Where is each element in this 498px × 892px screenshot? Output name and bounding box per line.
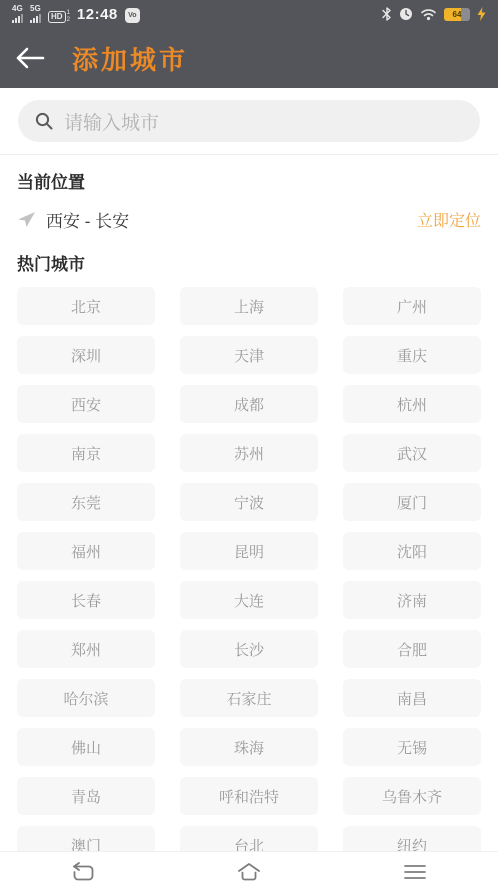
city-button[interactable]: 佛山 (17, 728, 155, 766)
network-4g-label: 4G (12, 5, 23, 13)
current-location-row[interactable]: 西安 - 长安 立即定位 (0, 202, 498, 236)
city-button[interactable]: 天津 (180, 336, 318, 374)
city-button[interactable]: 长沙 (180, 630, 318, 668)
city-button[interactable]: 大连 (180, 581, 318, 619)
header: 添加城市 (0, 28, 498, 88)
current-location-title: 当前位置 (0, 168, 498, 193)
city-button[interactable]: 珠海 (180, 728, 318, 766)
search-section: 请输入城市 (0, 88, 498, 155)
wifi-icon (420, 8, 437, 21)
signal-5g: 5G (30, 5, 41, 23)
city-button[interactable]: 无锡 (343, 728, 481, 766)
search-placeholder: 请输入城市 (64, 108, 159, 135)
city-button[interactable]: 南京 (17, 434, 155, 472)
signal-4g: 4G (12, 5, 23, 23)
signal-bars-icon (30, 14, 41, 23)
bottom-nav-bar (0, 851, 498, 892)
city-button[interactable]: 哈尔滨 (17, 679, 155, 717)
city-button[interactable]: 青岛 (17, 777, 155, 815)
clock-time: 12:48 (77, 6, 118, 23)
search-input[interactable]: 请输入城市 (18, 100, 480, 142)
battery-percent: 64 (453, 10, 462, 19)
back-arrow-icon (15, 47, 45, 69)
location-arrow-icon (17, 210, 36, 228)
page-title: 添加城市 (72, 40, 188, 77)
city-button[interactable]: 西安 (17, 385, 155, 423)
battery-icon: 64 (444, 8, 470, 21)
current-location-text: 西安 - 长安 (46, 207, 129, 232)
hot-cities-title: 热门城市 (0, 250, 498, 275)
signal-bars-icon (12, 14, 23, 23)
alarm-clock-icon (399, 7, 413, 21)
city-button[interactable]: 杭州 (343, 385, 481, 423)
network-5g-label: 5G (30, 5, 41, 13)
nav-home-icon (235, 861, 263, 883)
status-bar: 4G 5G HD 1 2 12:48 Vo (0, 0, 498, 28)
city-button[interactable]: 南昌 (343, 679, 481, 717)
city-button[interactable]: 厦门 (343, 483, 481, 521)
vowifi-icon: Vo (125, 8, 140, 23)
back-button[interactable] (0, 28, 60, 88)
city-button[interactable]: 宁波 (180, 483, 318, 521)
city-button[interactable]: 昆明 (180, 532, 318, 570)
city-button[interactable]: 成都 (180, 385, 318, 423)
hot-cities-grid: 北京上海广州深圳天津重庆西安成都杭州南京苏州武汉东莞宁波厦门福州昆明沈阳长春大连… (17, 287, 481, 864)
city-button[interactable]: 深圳 (17, 336, 155, 374)
city-button[interactable]: 石家庄 (180, 679, 318, 717)
city-button[interactable]: 合肥 (343, 630, 481, 668)
city-button[interactable]: 呼和浩特 (180, 777, 318, 815)
city-button[interactable]: 武汉 (343, 434, 481, 472)
hd-sim-bottom: 2 (67, 17, 70, 23)
city-button[interactable]: 乌鲁木齐 (343, 777, 481, 815)
locate-now-button[interactable]: 立即定位 (417, 208, 481, 231)
nav-home-button[interactable] (166, 852, 332, 892)
city-button[interactable]: 重庆 (343, 336, 481, 374)
charging-bolt-icon (477, 7, 486, 21)
city-button[interactable]: 福州 (17, 532, 155, 570)
city-button[interactable]: 上海 (180, 287, 318, 325)
search-icon (34, 111, 54, 131)
city-button[interactable]: 长春 (17, 581, 155, 619)
city-button[interactable]: 北京 (17, 287, 155, 325)
city-button[interactable]: 广州 (343, 287, 481, 325)
city-button[interactable]: 济南 (343, 581, 481, 619)
nav-back-button[interactable] (0, 852, 166, 892)
nav-back-icon (69, 861, 97, 883)
nav-menu-button[interactable] (332, 852, 498, 892)
city-button[interactable]: 东莞 (17, 483, 155, 521)
nav-menu-icon (402, 862, 428, 882)
city-button[interactable]: 苏州 (180, 434, 318, 472)
bluetooth-icon (382, 7, 392, 21)
hd-volte-icon: HD 1 2 (48, 10, 70, 23)
city-button[interactable]: 沈阳 (343, 532, 481, 570)
city-button[interactable]: 郑州 (17, 630, 155, 668)
